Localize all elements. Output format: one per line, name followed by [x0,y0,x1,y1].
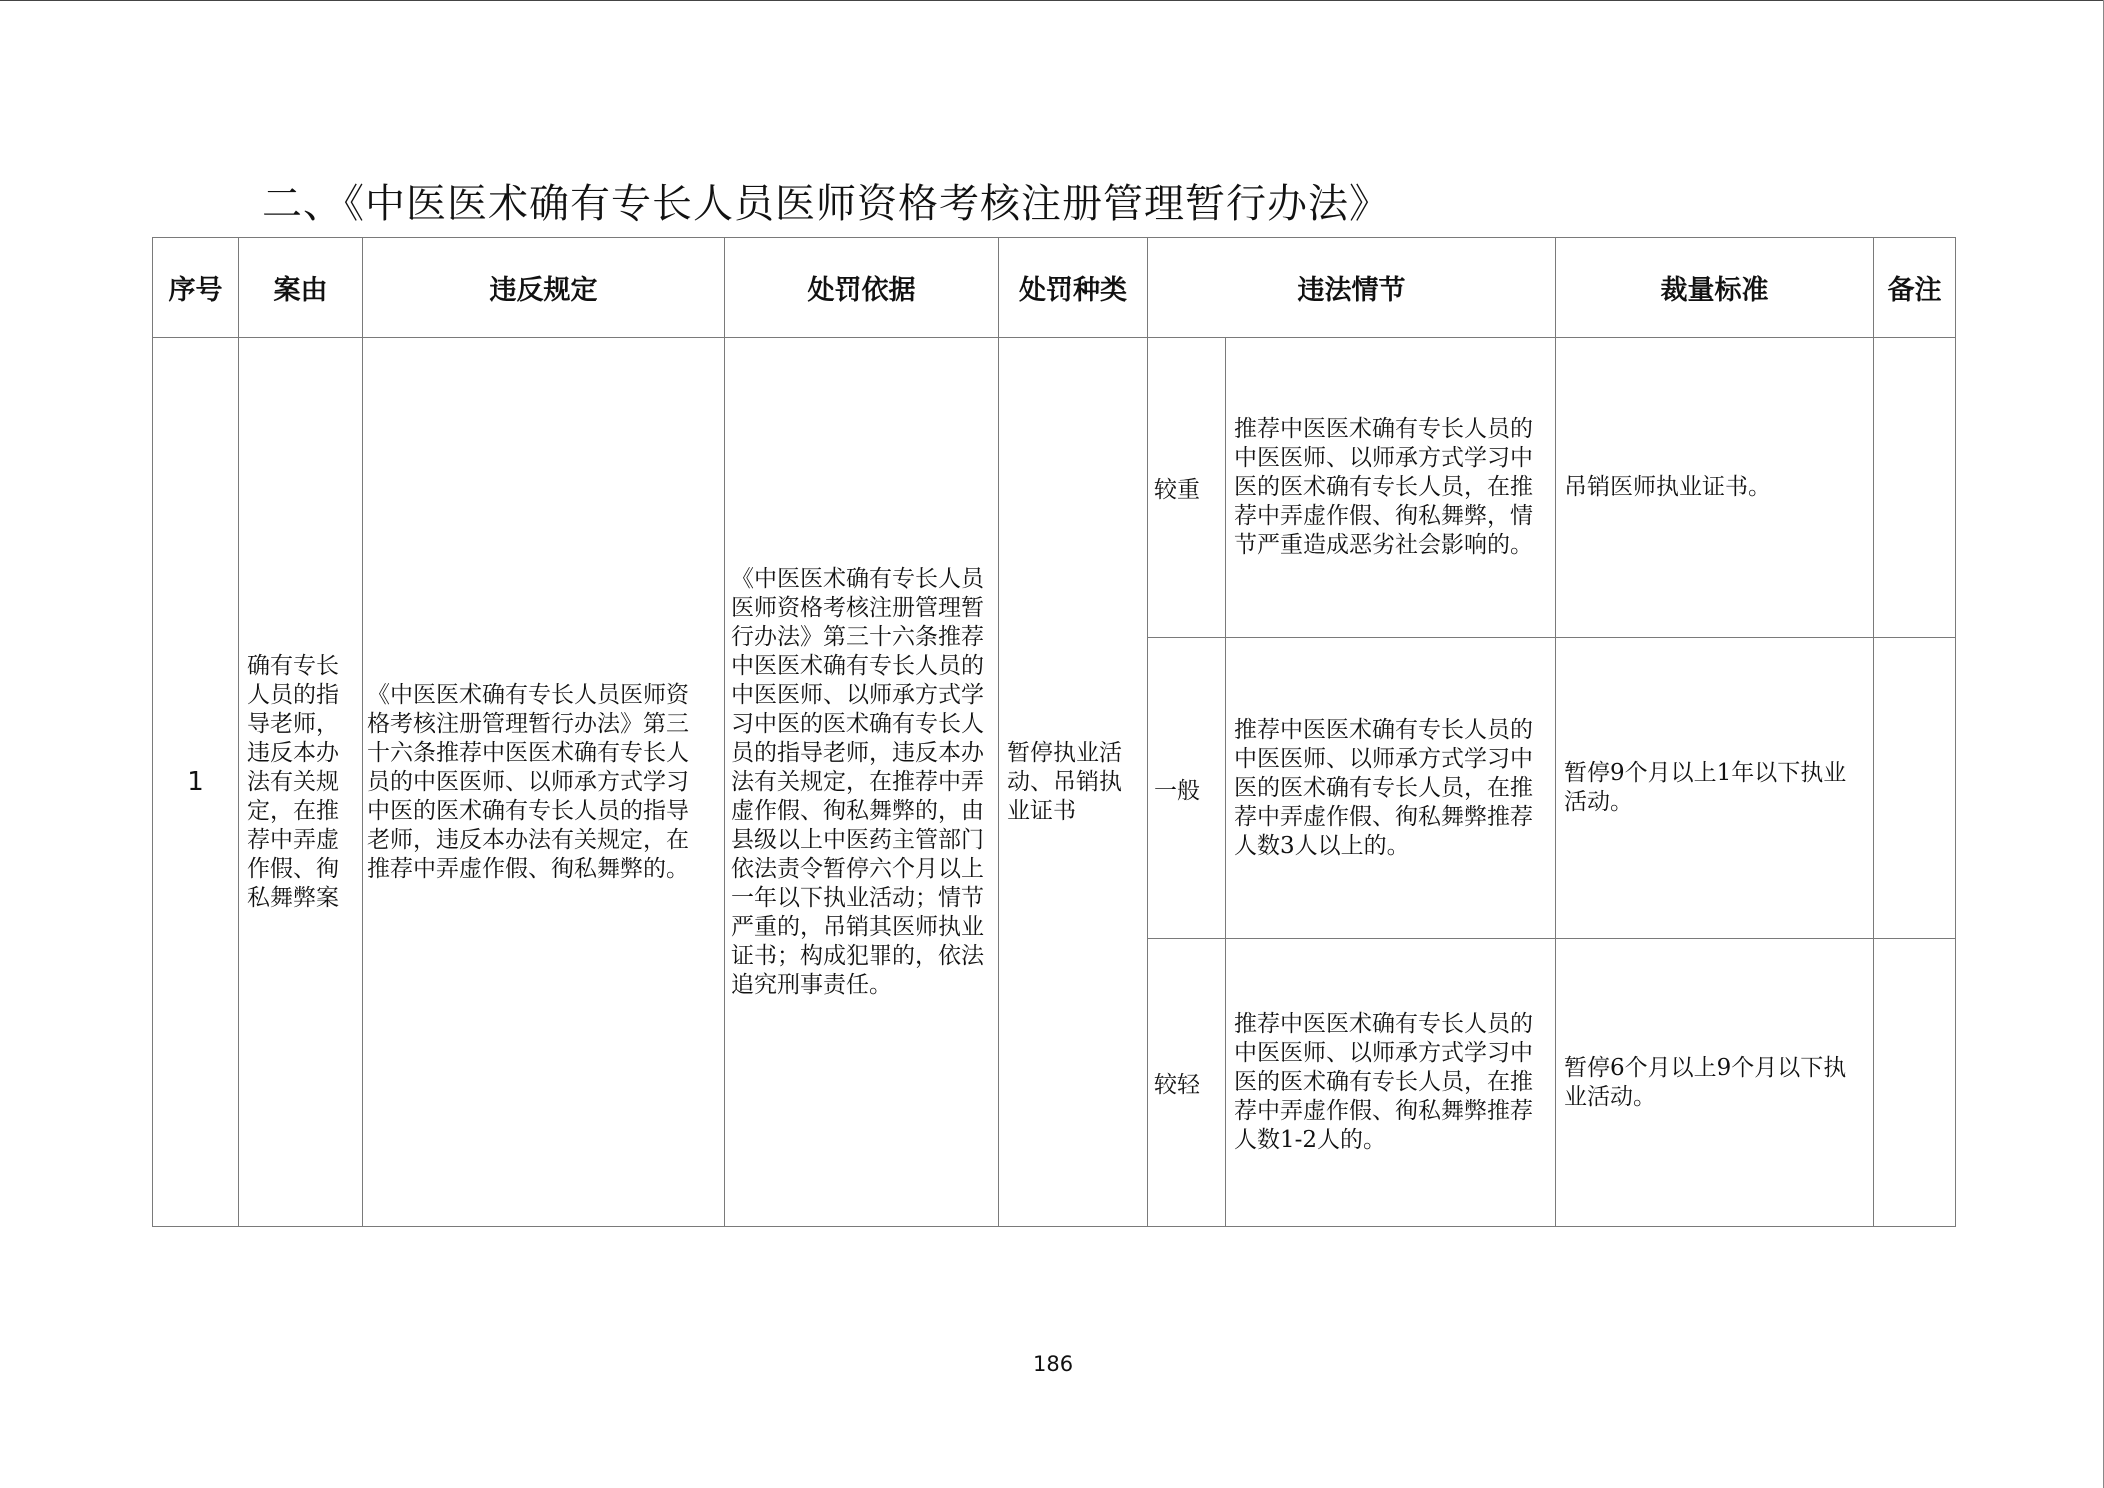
circumstance-cell: 推荐中医医术确有专长人员的中医医师、以师承方式学习中医的医术确有专长人员，在推荐… [1226,939,1556,1227]
remark-cell [1874,338,1956,638]
case-cell: 确有专长人员的指导老师，违反本办法有关规定，在推荐中弄虚作假、徇私舞弊案 [239,338,363,1227]
penalty-table: 序号 案由 违反规定 处罚依据 处罚种类 违法情节 裁量标准 备注 1 确有专长… [152,237,1956,1227]
document-title: 二、《中医医术确有专长人员医师资格考核注册管理暂行办法》 [262,172,1390,229]
header-case: 案由 [239,238,363,338]
standard-cell: 吊销医师执业证书。 [1556,338,1874,638]
page-number: 186 [1033,1352,1073,1376]
level-cell: 一般 [1148,638,1226,939]
circumstance-cell: 推荐中医医术确有专长人员的中医医师、以师承方式学习中医的医术确有专长人员，在推荐… [1226,638,1556,939]
table-header-row: 序号 案由 违反规定 处罚依据 处罚种类 违法情节 裁量标准 备注 [153,238,1956,338]
header-violation: 违反规定 [363,238,725,338]
header-standard: 裁量标准 [1556,238,1874,338]
header-circumstances: 违法情节 [1148,238,1556,338]
level-cell: 较重 [1148,338,1226,638]
basis-cell: 《中医医术确有专长人员医师资格考核注册管理暂行办法》第三十六条推荐中医医术确有专… [725,338,999,1227]
seq-cell: 1 [153,338,239,1227]
table-row: 1 确有专长人员的指导老师，违反本办法有关规定，在推荐中弄虚作假、徇私舞弊案 《… [153,338,1956,638]
header-penalty-type: 处罚种类 [999,238,1148,338]
remark-cell [1874,939,1956,1227]
header-remark: 备注 [1874,238,1956,338]
header-seq: 序号 [153,238,239,338]
standard-cell: 暂停9个月以上1年以下执业活动。 [1556,638,1874,939]
remark-cell [1874,638,1956,939]
level-cell: 较轻 [1148,939,1226,1227]
page-border [0,0,2104,1]
penalty-type-cell: 暂停执业活动、吊销执业证书 [999,338,1148,1227]
header-basis: 处罚依据 [725,238,999,338]
violation-cell: 《中医医术确有专长人员医师资格考核注册管理暂行办法》第三十六条推荐中医医术确有专… [363,338,725,1227]
circumstance-cell: 推荐中医医术确有专长人员的中医医师、以师承方式学习中医的医术确有专长人员，在推荐… [1226,338,1556,638]
standard-cell: 暂停6个月以上9个月以下执业活动。 [1556,939,1874,1227]
